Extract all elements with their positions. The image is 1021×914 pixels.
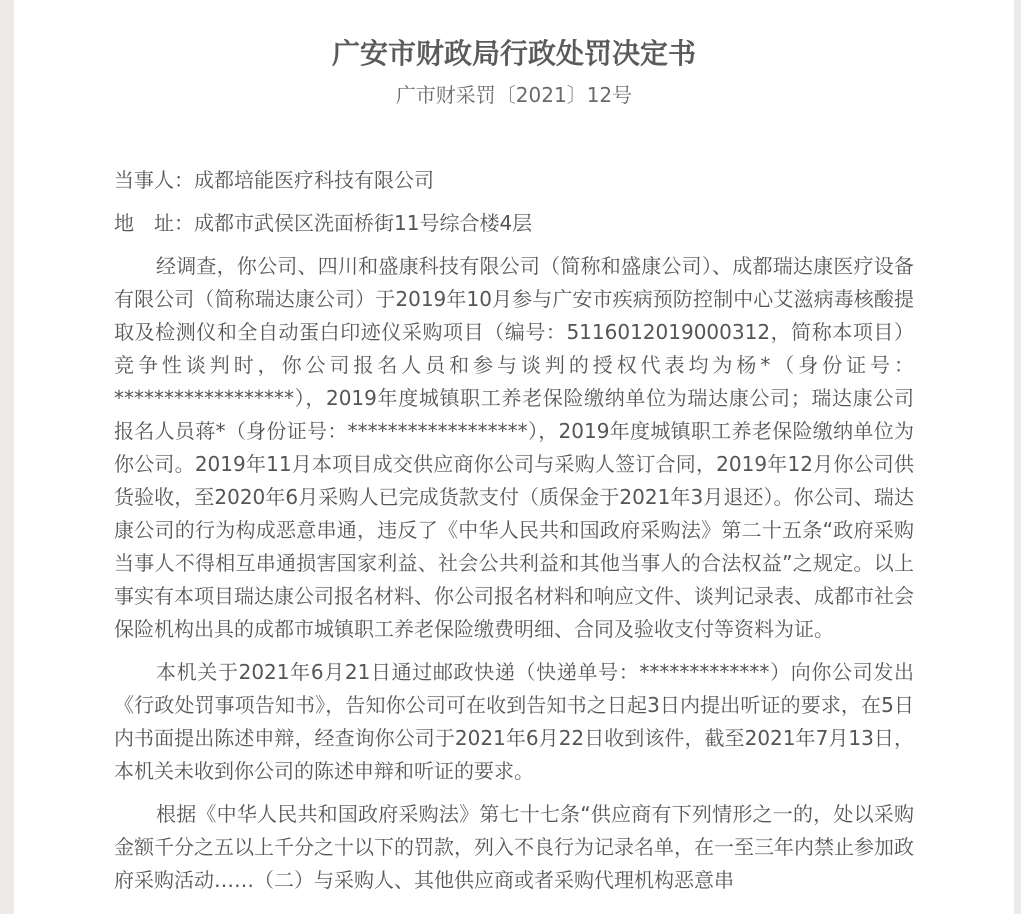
address-value: 成都市武侯区洗面桥街11号综合楼4层: [194, 211, 532, 235]
party-value: 成都培能医疗科技有限公司: [194, 168, 434, 192]
address-label: 地 址：: [114, 211, 194, 235]
party-label: 当事人：: [114, 168, 194, 192]
document-body: 当事人：成都培能医疗科技有限公司 地 址：成都市武侯区洗面桥街11号综合楼4层 …: [114, 164, 914, 907]
document-title: 广安市财政局行政处罚决定书: [14, 34, 1014, 74]
document-number: 广市财采罚〔2021〕12号: [14, 80, 1014, 110]
paragraph-legal-basis: 根据《中华人民共和国政府采购法》第七十七条“供应商有下列情形之一的，处以采购金额…: [114, 798, 914, 897]
paragraph-notification: 本机关于2021年6月21日通过邮政快递（快递单号：*************）…: [114, 656, 914, 788]
document-page: 广安市财政局行政处罚决定书 广市财采罚〔2021〕12号 当事人：成都培能医疗科…: [14, 0, 1014, 914]
party-line: 当事人：成都培能医疗科技有限公司: [114, 164, 914, 197]
address-line: 地 址：成都市武侯区洗面桥街11号综合楼4层: [114, 207, 914, 240]
paragraph-investigation: 经调查，你公司、四川和盛康科技有限公司（简称和盛康公司）、成都瑞达康医疗设备有限…: [114, 250, 914, 646]
